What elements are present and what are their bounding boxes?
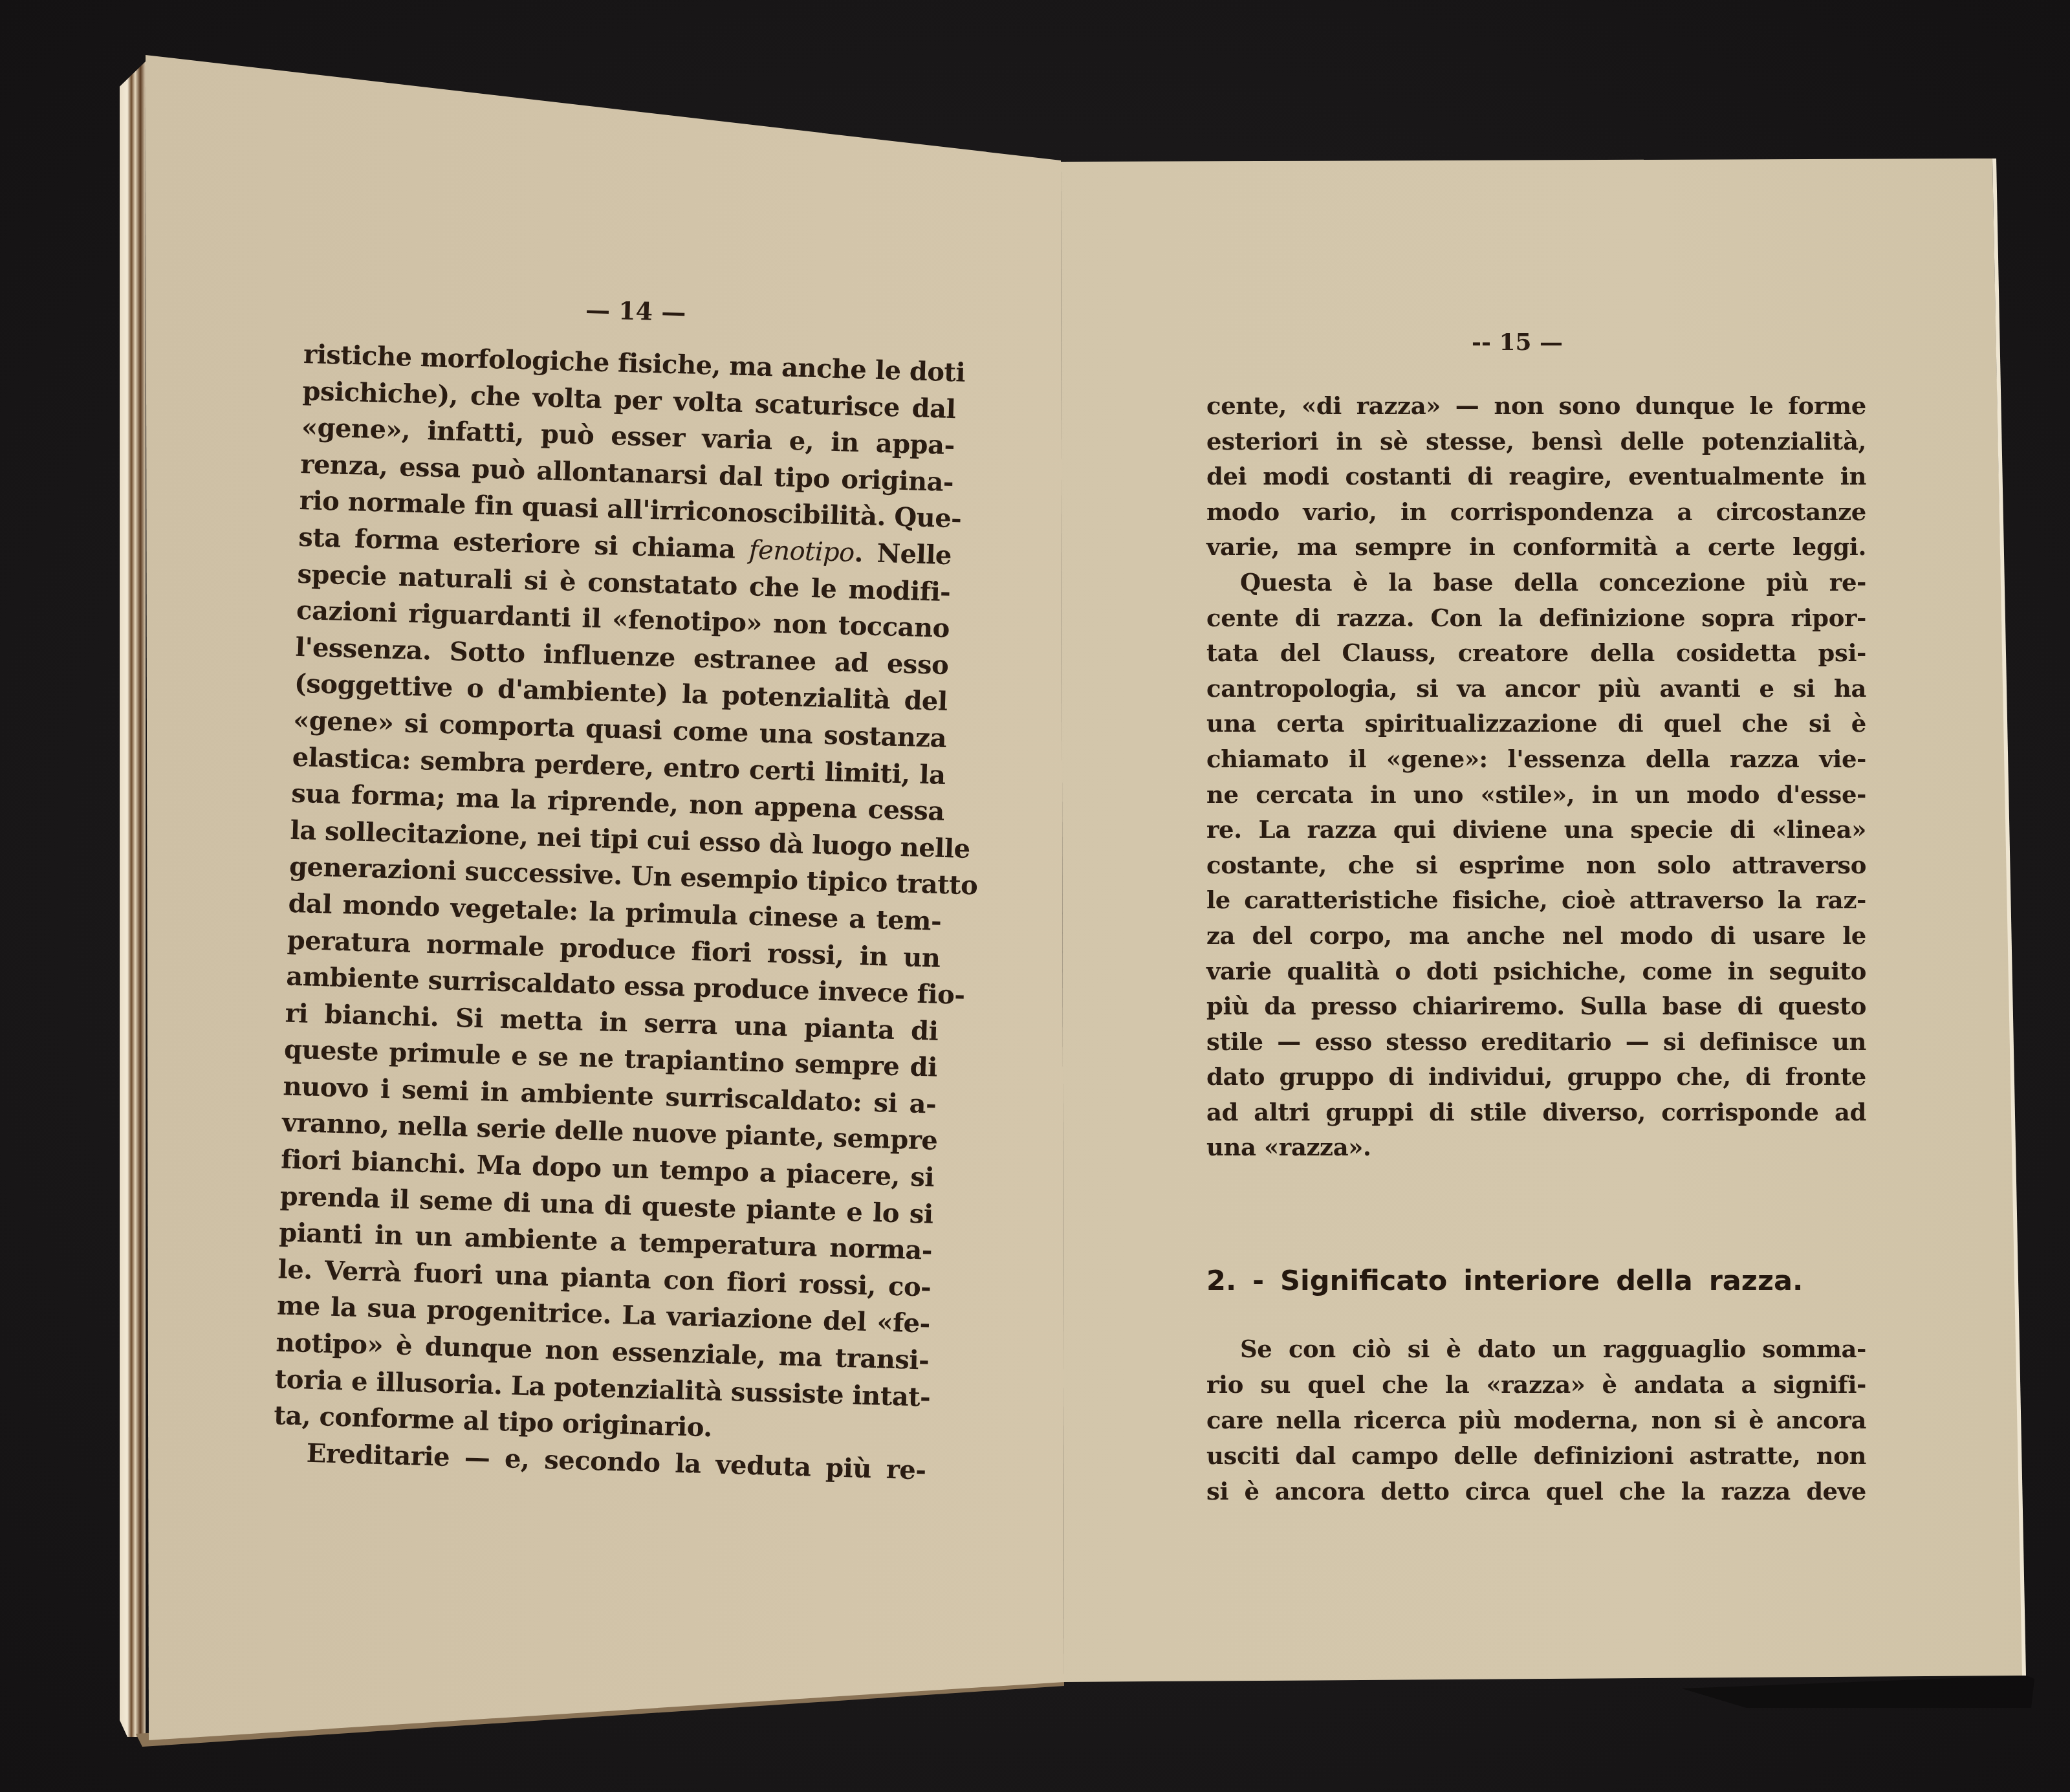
left-page-body: ristiche morfologiche fisiche, ma anche … [272,336,957,1489]
text-line: più da presso chiariremo. Sulla base di … [1206,989,1866,1024]
text-fragment: . Nelle [854,538,952,571]
text-line: chiamato il «gene»: l'essenza della razz… [1206,741,1866,777]
page-stack-edge [120,61,146,1737]
text-line: cente di razza. Con la definizione sopra… [1206,600,1866,636]
text-line: Questa è la base della concezione più re… [1206,565,1866,600]
italic-term: fenotipo [748,535,855,568]
text-line: tata del Clauss, creatore della cosidett… [1206,635,1866,671]
text-line: cente, «di razza» — non sono dunque le f… [1206,388,1866,424]
text-line: Se con ciò si è dato un ragguaglio somma… [1206,1331,1866,1367]
text-line: esteriori in sè stesse, bensì delle pote… [1206,424,1866,459]
text-line: dato gruppo di individui, gruppo che, di… [1206,1059,1866,1095]
text-line: si è ancora detto circa quel che la razz… [1206,1474,1866,1509]
text-line: le caratteristiche fisiche, cioè attrave… [1206,882,1866,918]
text-line: una certa spiritualizzazione di quel che… [1206,706,1866,741]
right-page-body-continued: Se con ciò si è dato un ragguaglio somma… [1206,1331,1866,1509]
text-line: costante, che si esprime non solo attrav… [1206,847,1866,883]
text-line: varie, ma sempre in conformità a certe l… [1206,529,1866,565]
section-heading: 2. - Significato interiore della razza. [1206,1265,1873,1297]
text-line: re. La razza qui diviene una specie di «… [1206,812,1866,847]
text-line: care nella ricerca più moderna, non si è… [1206,1403,1866,1438]
text-line: usciti dal campo delle definizioni astra… [1206,1438,1866,1474]
right-page-body: cente, «di razza» — non sono dunque le f… [1206,388,1866,1165]
text-line: ne cercata in uno «stile», in un modo d'… [1206,777,1866,813]
text-line: varie qualità o doti psichiche, come in … [1206,954,1866,989]
text-line: cantropologia, si va ancor più avanti e … [1206,671,1866,706]
text-line: stile — esso stesso ereditario — si defi… [1206,1024,1866,1060]
page-number-left: — 14 — [585,295,686,327]
text-line: modo vario, in corrispondenza a circosta… [1206,494,1866,530]
text-line: ad altri gruppi di stile diverso, corris… [1206,1095,1866,1130]
text-line: dei modi costanti di reagire, eventualme… [1206,459,1866,494]
text-line: za del corpo, ma anche nel modo di usare… [1206,918,1866,954]
text-line: una «razza». [1206,1130,1866,1165]
text-line: rio su quel che la «razza» è andata a si… [1206,1367,1866,1403]
page-number-right: -- 15 — [1472,329,1563,356]
